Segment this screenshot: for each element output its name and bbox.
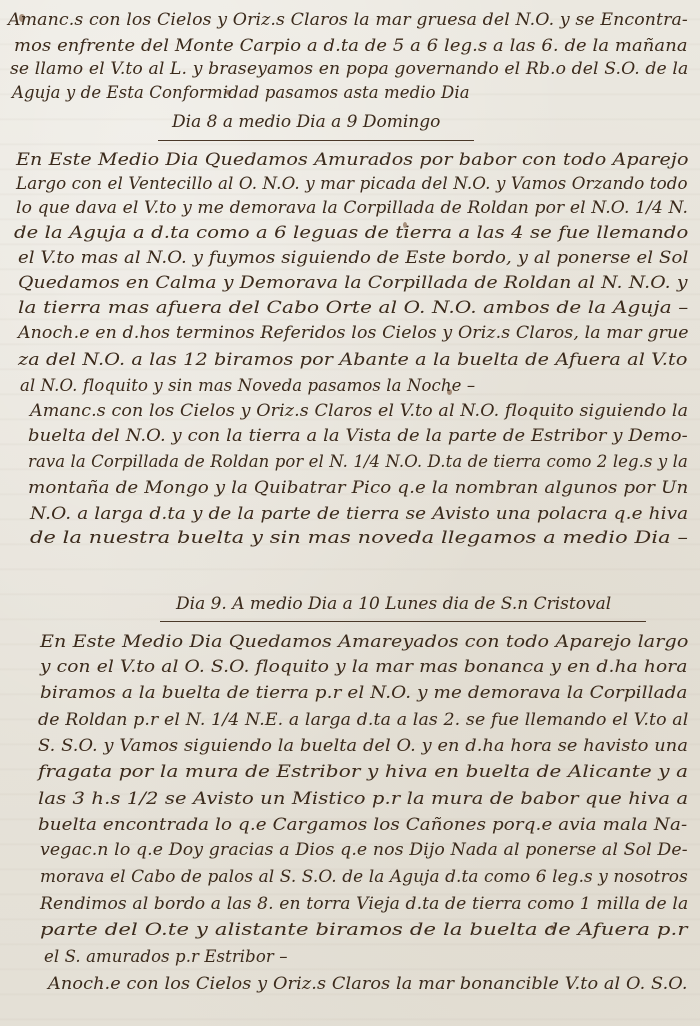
log-line: vegac.n lo q.e Doy gracias a Dios q.e no… <box>40 840 688 860</box>
manuscript-page: Amanc.s con los Cielos y Oriz.s Claros l… <box>0 0 700 1026</box>
log-line: el V.to mas al N.O. y fuymos siguiendo d… <box>18 248 688 268</box>
log-line: Amanc.s con los Cielos y Oriz.s Claros l… <box>8 10 688 30</box>
log-line: En Este Medio Dia Quedamos Amurados por … <box>16 150 689 170</box>
log-line: y con el V.to al O. S.O. floquito y la m… <box>40 657 688 677</box>
log-line: biramos a la buelta de tierra p.r el N.O… <box>40 683 688 703</box>
log-line: rava la Corpillada de Roldan por el N. 1… <box>28 452 688 472</box>
log-line: lo que dava el V.to y me demorava la Cor… <box>16 198 688 218</box>
log-line: Anoch.e en d.hos terminos Referidos los … <box>18 323 689 343</box>
heading-underline <box>160 621 646 622</box>
log-line: Anoch.e con los Cielos y Oriz.s Claros l… <box>48 974 688 994</box>
log-line: montaña de Mongo y la Quibatrar Pico q.e… <box>28 478 688 498</box>
log-line: buelta del N.O. y con la tierra a la Vis… <box>28 426 688 446</box>
log-line: Amanc.s con los Cielos y Oriz.s Claros e… <box>30 401 688 421</box>
log-line: el S. amurados p.r Estribor – <box>44 947 288 967</box>
log-line: de Roldan p.r el N. 1/4 N.E. a larga d.t… <box>38 710 688 730</box>
log-line: Quedamos en Calma y Demorava la Corpilla… <box>18 273 688 293</box>
log-line: de la Aguja a d.ta como a 6 leguas de ti… <box>14 223 688 243</box>
log-line: morava el Cabo de palos al S. S.O. de la… <box>40 867 688 887</box>
log-line: En Este Medio Dia Quedamos Amareyados co… <box>40 632 688 652</box>
log-line: Largo con el Ventecillo al O. N.O. y mar… <box>16 174 688 194</box>
log-line: fragata por la mura de Estribor y hiva e… <box>38 762 688 782</box>
log-line: las 3 h.s 1/2 se Avisto un Mistico p.r l… <box>38 789 688 809</box>
log-line: N.O. a larga d.ta y de la parte de tierr… <box>30 504 688 524</box>
log-line: se llamo el V.to al L. y braseyamos en p… <box>10 59 688 79</box>
log-line: Aguja y de Esta Conformidad pasamos asta… <box>12 83 470 103</box>
day-heading: Dia 8 a medio Dia a 9 Domingo <box>172 112 440 132</box>
day-heading: Dia 9. A medio Dia a 10 Lunes dia de S.n… <box>176 594 611 614</box>
log-line: buelta encontrada lo q.e Cargamos los Ca… <box>38 815 687 835</box>
log-line: al N.O. floquito y sin mas Noveda pasamo… <box>20 376 475 396</box>
log-line: S. S.O. y Vamos siguiendo la buelta del … <box>38 736 688 756</box>
log-line: la tierra mas afuera del Cabo Orte al O.… <box>18 298 688 318</box>
log-line: de la nuestra buelta y sin mas noveda ll… <box>30 528 688 548</box>
log-line: za del N.O. a las 12 biramos por Abante … <box>18 350 688 370</box>
log-line: parte del O.te y alistante biramos de la… <box>40 920 688 940</box>
heading-underline <box>158 140 474 141</box>
log-line: Rendimos al bordo a las 8. en torra Viej… <box>40 894 688 914</box>
log-line: mos enfrente del Monte Carpio a d.ta de … <box>14 36 688 56</box>
